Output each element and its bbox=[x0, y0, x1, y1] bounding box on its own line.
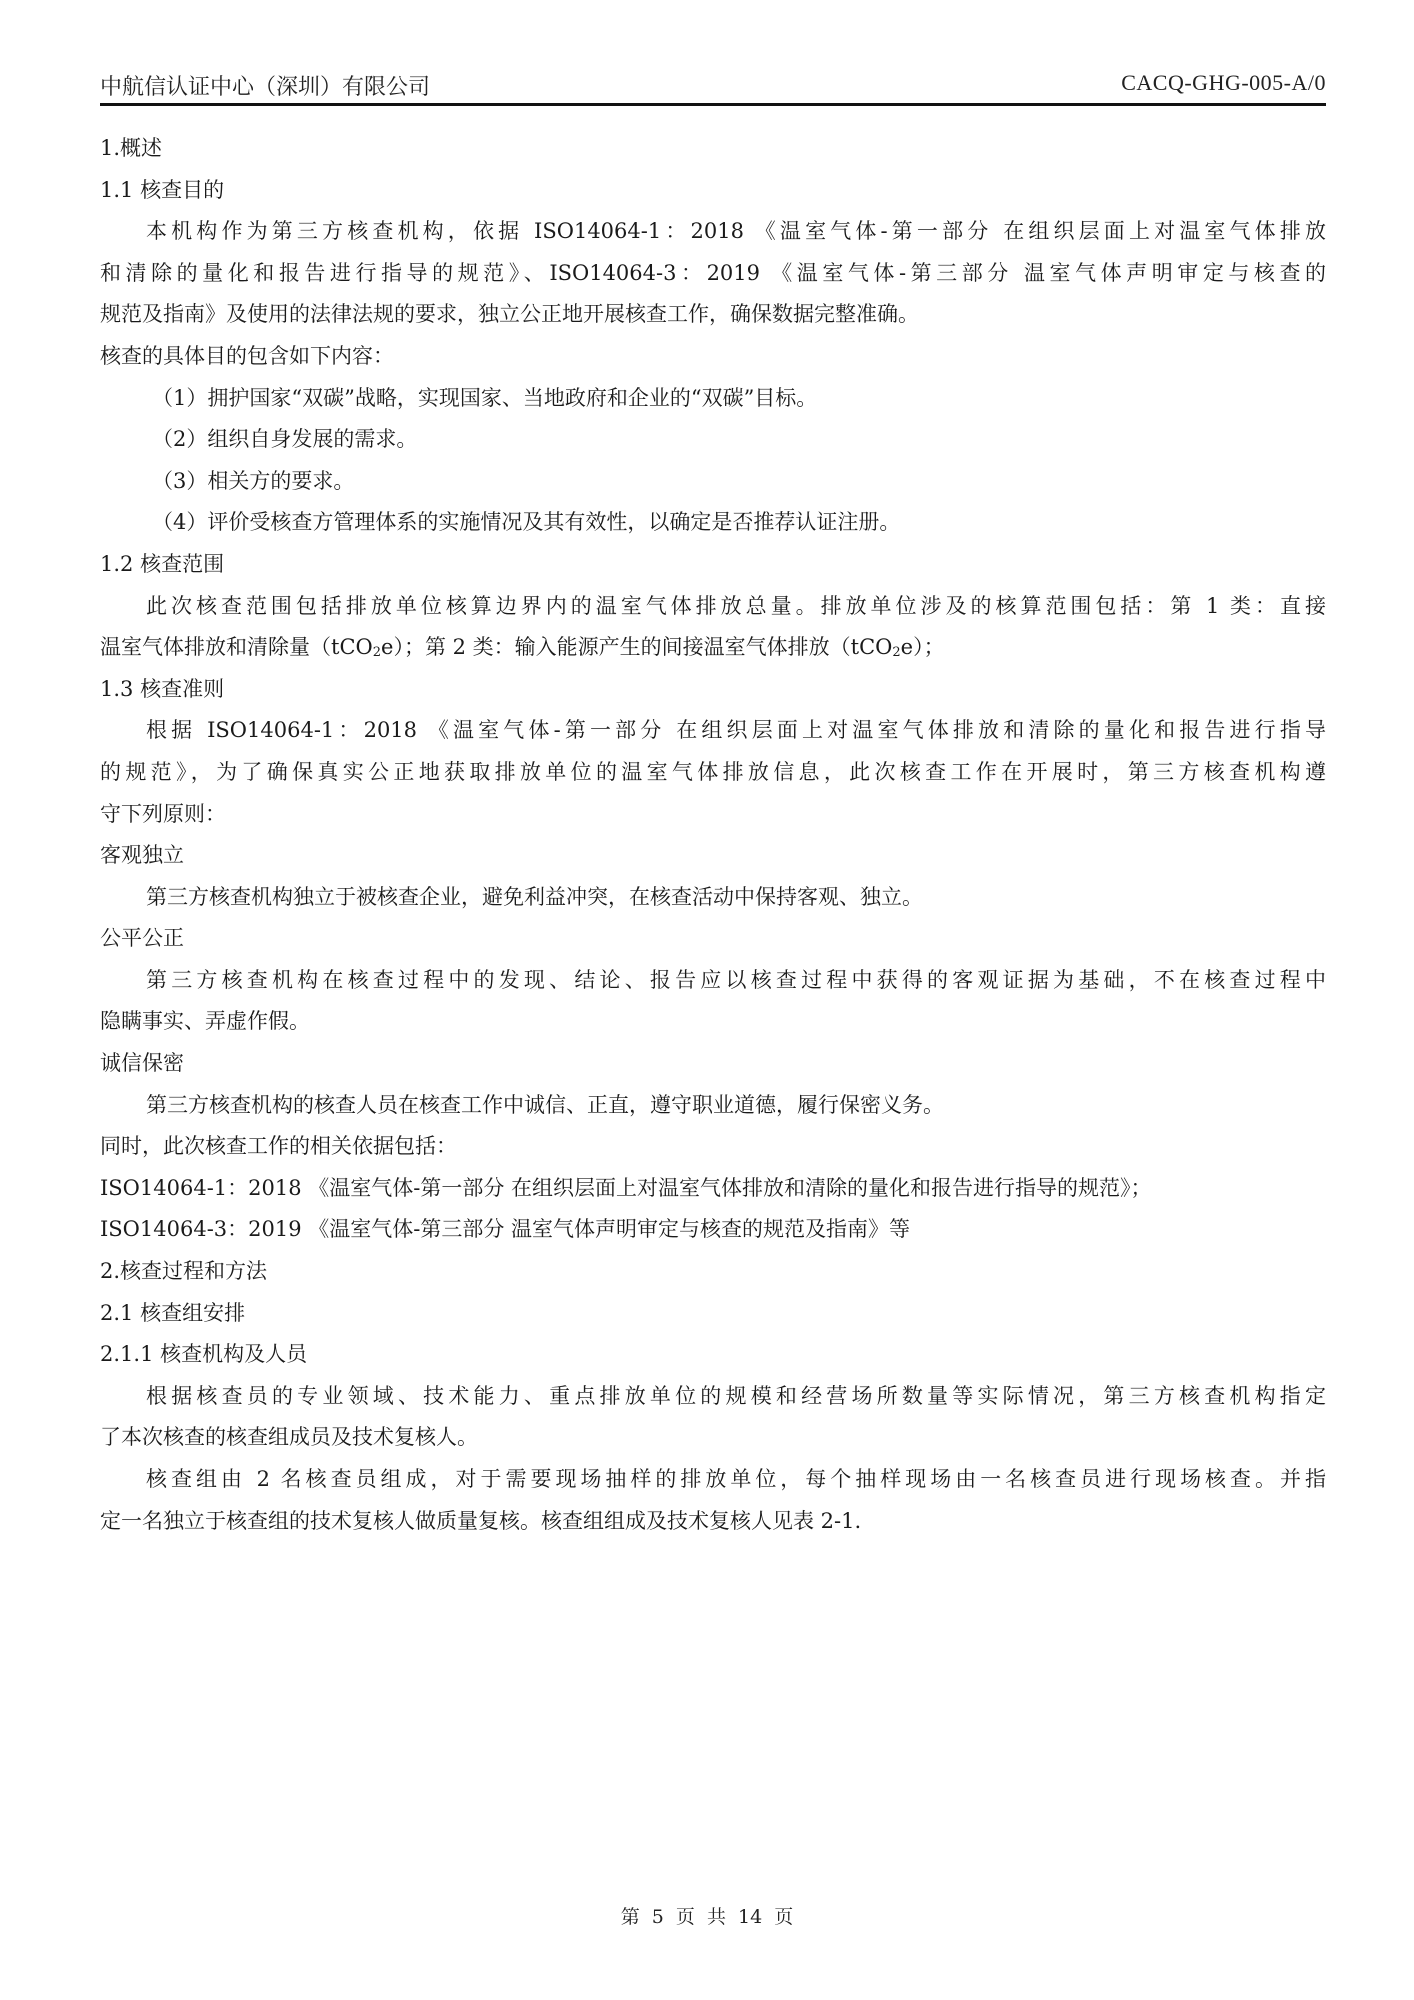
company-name: 中航信认证中心（深圳）有限公司 bbox=[100, 70, 430, 101]
section-2-heading: 2.核查过程和方法 bbox=[100, 1251, 1326, 1293]
principle-title: 客观独立 bbox=[100, 835, 1326, 877]
purpose-item: （3）相关方的要求。 bbox=[100, 461, 1326, 503]
paragraph-line: 核查组由 2 名核查员组成，对于需要现场抽样的排放单位，每个抽样现场由一名核查员… bbox=[100, 1459, 1326, 1501]
section-2-1-1-heading: 2.1.1 核查机构及人员 bbox=[100, 1334, 1326, 1376]
section-1-3-heading: 1.3 核查准则 bbox=[100, 669, 1326, 711]
header-divider bbox=[100, 103, 1326, 106]
section-1-heading: 1.概述 bbox=[100, 128, 1326, 170]
purpose-item: （4）评价受核查方管理体系的实施情况及其有效性，以确定是否推荐认证注册。 bbox=[100, 502, 1326, 544]
principle-text: 第三方核查机构的核查人员在核查工作中诚信、正直，遵守职业道德，履行保密义务。 bbox=[100, 1085, 1326, 1127]
document-code: CACQ-GHG-005-A/0 bbox=[1121, 70, 1326, 96]
purpose-item: （1）拥护国家“双碳”战略，实现国家、当地政府和企业的“双碳”目标。 bbox=[100, 378, 1326, 420]
principle-title: 诚信保密 bbox=[100, 1043, 1326, 1085]
basis-item: ISO14064-3：2019 《温室气体-第三部分 温室气体声明审定与核查的规… bbox=[100, 1209, 1326, 1251]
text-segment: 温室气体排放和清除量（tCO bbox=[100, 635, 373, 659]
subscript: 2 bbox=[892, 645, 900, 660]
paragraph-line: 了本次核查的核查组成员及技术复核人。 bbox=[100, 1417, 1326, 1459]
purpose-intro: 核查的具体目的包含如下内容： bbox=[100, 336, 1326, 378]
text-segment: e）；第 2 类：输入能源产生的间接温室气体排放（tCO bbox=[381, 635, 892, 659]
principle-text: 第三方核查机构在核查过程中的发现、结论、报告应以核查过程中获得的客观证据为基础，… bbox=[100, 960, 1326, 1002]
section-1-2-heading: 1.2 核查范围 bbox=[100, 544, 1326, 586]
page-header: 中航信认证中心（深圳）有限公司 CACQ-GHG-005-A/0 bbox=[100, 70, 1326, 104]
page-number: 第 5 页 共 14 页 bbox=[0, 1902, 1414, 1929]
paragraph-line: 根据 ISO14064-1：2018 《温室气体-第一部分 在组织层面上对温室气… bbox=[100, 710, 1326, 752]
section-2-1-heading: 2.1 核查组安排 bbox=[100, 1293, 1326, 1335]
paragraph-line: 温室气体排放和清除量（tCO2e）；第 2 类：输入能源产生的间接温室气体排放（… bbox=[100, 627, 1326, 669]
subscript: 2 bbox=[373, 645, 381, 660]
text-segment: e）； bbox=[901, 635, 945, 659]
principle-title: 公平公正 bbox=[100, 918, 1326, 960]
paragraph-line: 此次核查范围包括排放单位核算边界内的温室气体排放总量。排放单位涉及的核算范围包括… bbox=[100, 586, 1326, 628]
paragraph-line: 守下列原则： bbox=[100, 794, 1326, 836]
principle-text: 第三方核查机构独立于被核查企业，避免利益冲突，在核查活动中保持客观、独立。 bbox=[100, 877, 1326, 919]
basis-item: ISO14064-1：2018 《温室气体-第一部分 在组织层面上对温室气体排放… bbox=[100, 1168, 1326, 1210]
paragraph-line: 的规范》，为了确保真实公正地获取排放单位的温室气体排放信息，此次核查工作在开展时… bbox=[100, 752, 1326, 794]
paragraph-line: 本机构作为第三方核查机构，依据 ISO14064-1：2018 《温室气体-第一… bbox=[100, 211, 1326, 253]
paragraph-line: 定一名独立于核查组的技术复核人做质量复核。核查组组成及技术复核人见表 2-1. bbox=[100, 1501, 1326, 1543]
paragraph-line: 和清除的量化和报告进行指导的规范》、ISO14064-3：2019 《温室气体-… bbox=[100, 253, 1326, 295]
document-body: 1.概述 1.1 核查目的 本机构作为第三方核查机构，依据 ISO14064-1… bbox=[100, 128, 1326, 1542]
purpose-item: （2）组织自身发展的需求。 bbox=[100, 419, 1326, 461]
paragraph-line: 根据核查员的专业领域、技术能力、重点排放单位的规模和经营场所数量等实际情况，第三… bbox=[100, 1376, 1326, 1418]
basis-intro: 同时，此次核查工作的相关依据包括： bbox=[100, 1126, 1326, 1168]
section-1-1-heading: 1.1 核查目的 bbox=[100, 170, 1326, 212]
principle-text: 隐瞒事实、弄虚作假。 bbox=[100, 1001, 1326, 1043]
paragraph-line: 规范及指南》及使用的法律法规的要求，独立公正地开展核查工作，确保数据完整准确。 bbox=[100, 294, 1326, 336]
